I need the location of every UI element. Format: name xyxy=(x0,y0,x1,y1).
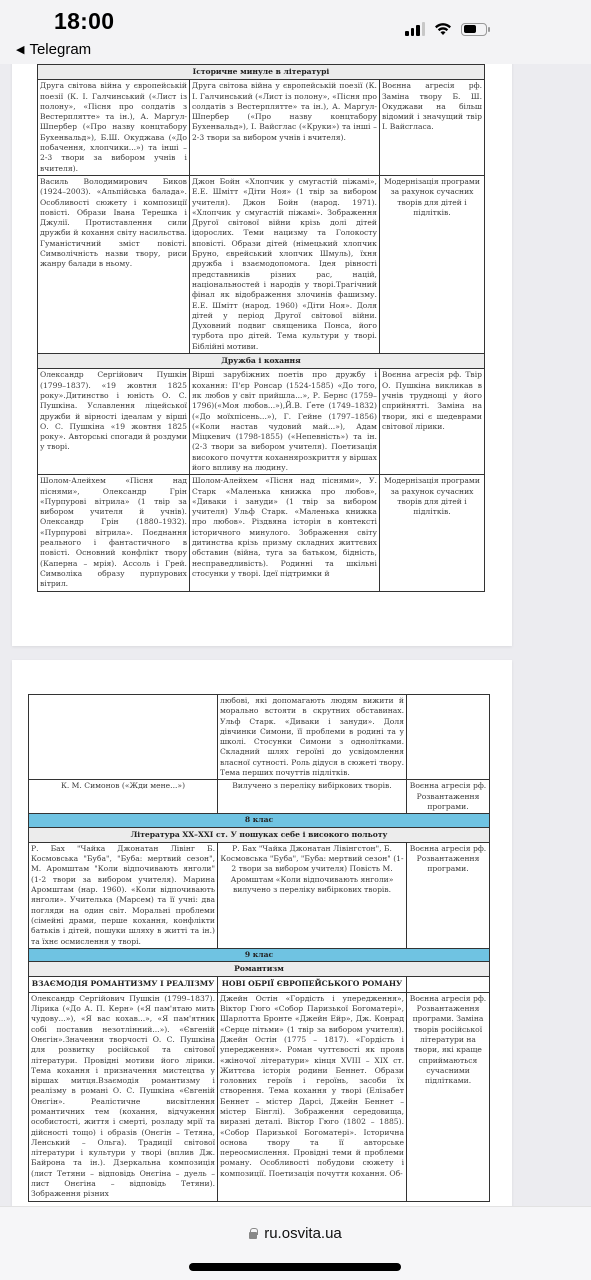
document-page-2: любові, які допомагають людям вижити й м… xyxy=(12,660,512,1206)
cellular-signal-icon xyxy=(405,22,425,36)
table-row: Шолом-Алейхем «Пісня над піснями», Олекс… xyxy=(38,475,485,591)
table-row: Олександр Сергійович Пушкін (1799–1837).… xyxy=(38,369,485,475)
reason-cell: Воєнна агресія рф. Розвантаження програм… xyxy=(407,842,490,948)
old-program-cell: Друга світова війна у європейській поезі… xyxy=(38,80,190,176)
new-program-cell: НОВІ ОБРІЇ ЄВРОПЕЙСЬКОГО РОМАНУ xyxy=(218,977,407,992)
section-header-row: Література XX–XXI ст. У пошуках себе і в… xyxy=(29,827,490,842)
reason-cell xyxy=(407,695,490,780)
section-title: Історичне минуле в літературі xyxy=(38,65,485,80)
old-program-cell: К. М. Симонов («Жди мене...») xyxy=(29,780,218,814)
section-title: Література XX–XXI ст. У пошуках себе і в… xyxy=(29,827,490,842)
grade-header-row: 8 клас xyxy=(29,814,490,827)
section-header-row: Дружба і кохання xyxy=(38,354,485,369)
old-program-cell: ВЗАЄМОДІЯ РОМАНТИЗМУ І РЕАЛІЗМУ xyxy=(29,977,218,992)
reason-cell: Модернізація програми за рахунок сучасни… xyxy=(379,175,484,353)
home-indicator[interactable] xyxy=(189,1263,401,1271)
table-row: Олександр Сергійович Пушкін (1799–1837).… xyxy=(29,992,490,1201)
new-program-cell: Джейн Остін «Гордість і упередження», Ві… xyxy=(218,992,407,1201)
url-domain: ru.osvita.ua xyxy=(264,1225,342,1242)
table-row: Василь Володимирович Биков (1924–2003). … xyxy=(38,175,485,353)
reason-cell: Воєнна агресія рф. Заміна твору Б. Ш. Ок… xyxy=(379,80,484,176)
table-row: К. М. Симонов («Жди мене...»)Вилучено з … xyxy=(29,780,490,814)
scrollbar[interactable] xyxy=(571,64,591,1206)
grade-title: 9 клас xyxy=(29,948,490,961)
section-header-row: Романтизм xyxy=(29,962,490,977)
program-changes-table: Історичне минуле в літературіДруга світо… xyxy=(37,64,485,592)
reason-cell: Воєнна агресія рф. Розвантаження програм… xyxy=(407,992,490,1201)
back-arrow-icon: ◀ xyxy=(16,43,24,56)
address-bar[interactable]: ru.osvita.ua xyxy=(0,1225,591,1242)
table-row: Друга світова війна у європейській поезі… xyxy=(38,80,485,176)
old-program-cell: Олександр Сергійович Пушкін (1799–1837).… xyxy=(29,992,218,1201)
reason-cell xyxy=(407,977,490,992)
new-program-cell: Друга світова війна у європейській поезі… xyxy=(189,80,379,176)
back-app-label: Telegram xyxy=(29,41,91,58)
new-program-cell: Р. Бах "Чайка Джонатан Лівінгстон", Б. К… xyxy=(218,842,407,948)
battery-icon xyxy=(461,23,487,36)
document-viewer[interactable]: Історичне минуле в літературіДруга світо… xyxy=(0,64,591,1206)
table-row: любові, які допомагають людям вижити й м… xyxy=(29,695,490,780)
reason-cell: Воєнна агресія рф. Твір О. Пушкіна викли… xyxy=(379,369,484,475)
section-header-row: Історичне минуле в літературі xyxy=(38,65,485,80)
new-program-cell: Джон Бойн «Хлопчик у смугастій піжамі», … xyxy=(189,175,379,353)
old-program-cell xyxy=(29,695,218,780)
old-program-cell: Олександр Сергійович Пушкін (1799–1837).… xyxy=(38,369,190,475)
clock: 18:00 xyxy=(54,8,114,35)
browser-bottom-bar: ru.osvita.ua xyxy=(0,1206,591,1280)
column-subheader-row: ВЗАЄМОДІЯ РОМАНТИЗМУ І РЕАЛІЗМУНОВІ ОБРІ… xyxy=(29,977,490,992)
section-title: Романтизм xyxy=(29,962,490,977)
table-row: Р. Бах "Чайка Джонатан Лівінг Б. Космовс… xyxy=(29,842,490,948)
back-to-telegram-button[interactable]: ◀ Telegram xyxy=(16,41,91,58)
wifi-icon xyxy=(434,22,452,36)
new-program-cell: Вірші зарубіжних поетів про дружбу і кох… xyxy=(189,369,379,475)
reason-cell: Воєнна агресія рф. Розвантаження програм… xyxy=(407,780,490,814)
document-page-1: Історичне минуле в літературіДруга світо… xyxy=(12,64,512,646)
grade-header-row: 9 клас xyxy=(29,948,490,961)
section-title: Дружба і кохання xyxy=(38,354,485,369)
status-bar: 18:00 ◀ Telegram xyxy=(0,0,591,64)
system-icons xyxy=(405,22,487,36)
lock-icon xyxy=(249,1228,257,1239)
program-changes-table: любові, які допомагають людям вижити й м… xyxy=(28,694,490,1202)
old-program-cell: Р. Бах "Чайка Джонатан Лівінг Б. Космовс… xyxy=(29,842,218,948)
old-program-cell: Шолом-Алейхем «Пісня над піснями», Олекс… xyxy=(38,475,190,591)
grade-title: 8 клас xyxy=(29,814,490,827)
reason-cell: Модернізація програми за рахунок сучасни… xyxy=(379,475,484,591)
new-program-cell: Вилучено з переліку вибіркових творів. xyxy=(218,780,407,814)
new-program-cell: любові, які допомагають людям вижити й м… xyxy=(218,695,407,780)
old-program-cell: Василь Володимирович Биков (1924–2003). … xyxy=(38,175,190,353)
new-program-cell: Шолом-Алейхем «Пісня над піснями», У. Ст… xyxy=(189,475,379,591)
